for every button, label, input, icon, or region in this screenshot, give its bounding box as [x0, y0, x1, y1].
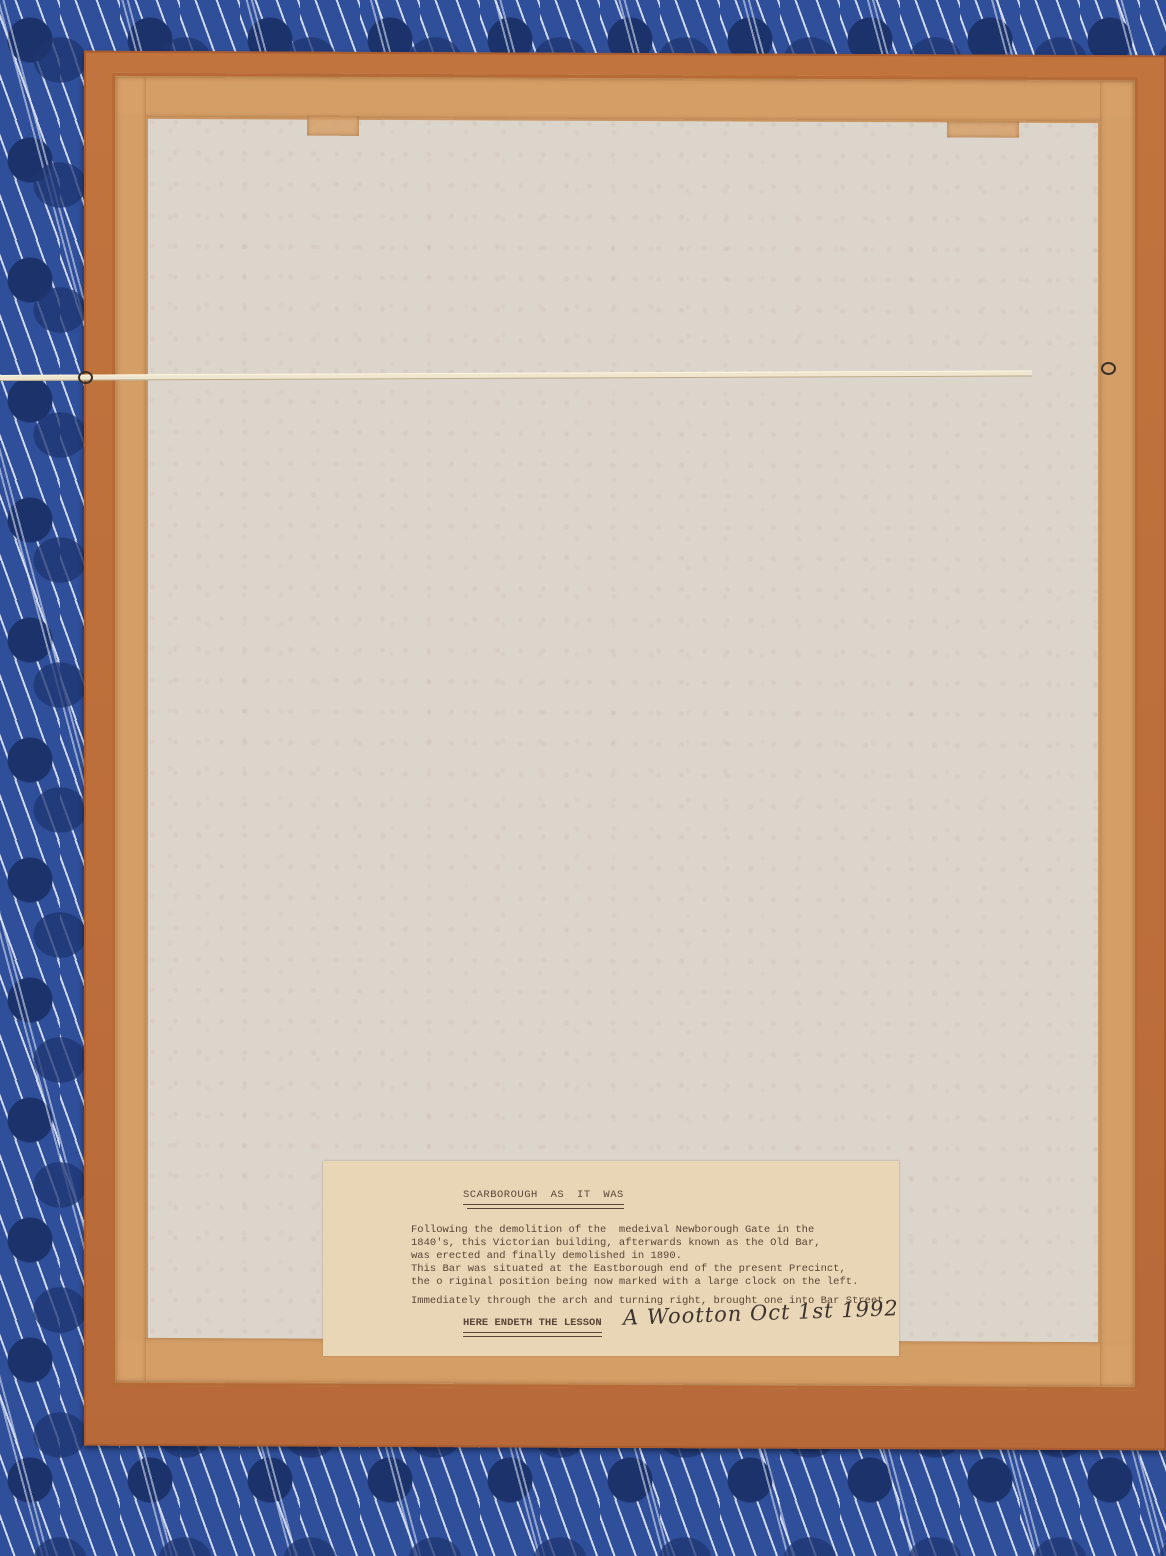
label-paragraph: Following the demolition of the medeival…	[411, 1224, 821, 1263]
tape-right	[1100, 81, 1134, 1386]
hook-icon	[78, 371, 93, 384]
backing-board	[148, 119, 1098, 1342]
signature: A Wootton Oct 1st 1992	[623, 1302, 899, 1325]
tape-tab	[947, 121, 1019, 137]
label-title: SCARBOROUGH AS IT WAS	[463, 1189, 624, 1205]
hook-icon	[1101, 362, 1116, 375]
tape-top	[116, 77, 1134, 121]
tape-tab	[307, 116, 359, 136]
label-closing: HERE ENDETH THE LESSON	[463, 1317, 602, 1333]
label-card: SCARBOROUGH AS IT WAS Following the demo…	[323, 1161, 899, 1356]
label-paragraph: This Bar was situated at the Eastborough…	[411, 1263, 858, 1289]
tape-left	[116, 77, 146, 1382]
